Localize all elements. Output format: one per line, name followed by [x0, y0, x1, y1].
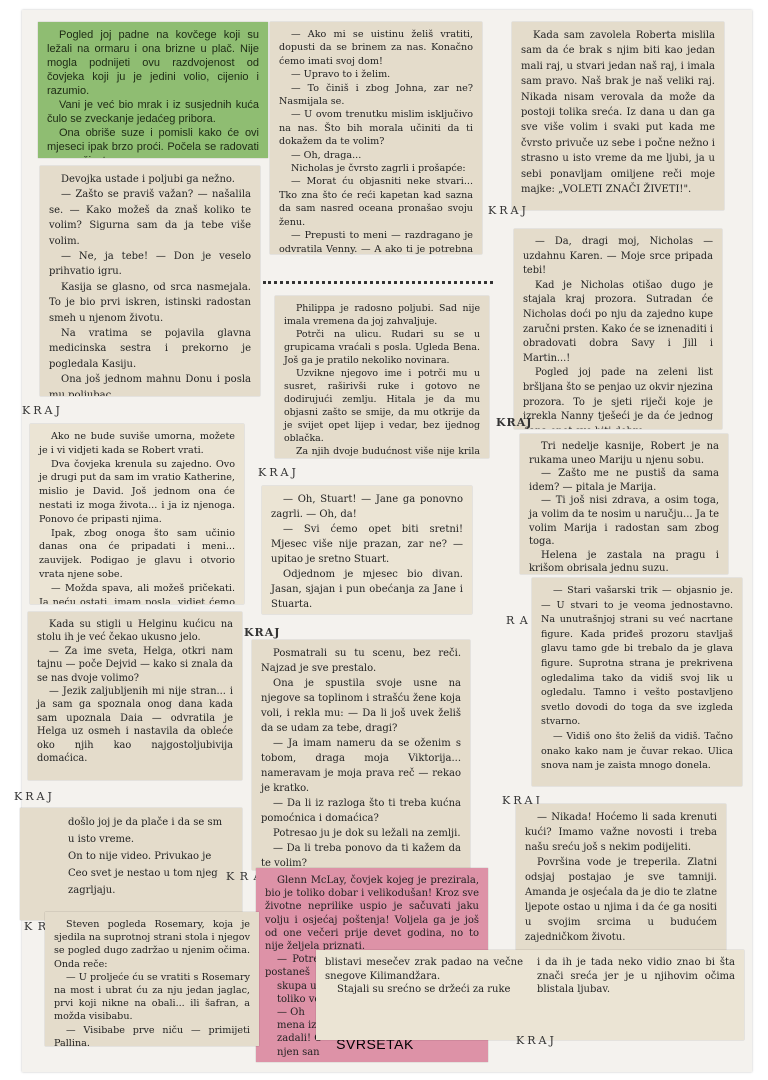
dotted-divider: [263, 281, 493, 284]
clipping-body: — Da, dragi moj, Nicholas — uzdahnu Kare…: [523, 235, 713, 429]
kraj-label: KRAJ: [244, 626, 280, 639]
paragraph: — Zašto me ne pustiš da sama idem? — pit…: [529, 467, 719, 494]
clipping-viktorija: Posmatrali su tu scenu, bez reči. Najzad…: [252, 640, 470, 870]
kraj-label: KRAJ: [14, 790, 55, 803]
paragraph: Dva čovjeka krenula su zajedno. Ovo je d…: [39, 458, 235, 527]
clipping-roberta-raj: Kada sam zavolela Roberta mislila sam da…: [512, 22, 724, 210]
paragraph: Ona obriše suze i pomisli kako će ovi mj…: [47, 126, 259, 158]
column: i da ih je tada neko vidio znao bi šta z…: [537, 956, 735, 997]
paragraph: Ona još jednom mahnu Donu i posla mu pol…: [49, 372, 251, 396]
paragraph: Stajali su srećno se držeći za ruke: [325, 983, 523, 997]
paragraph: — Da, dragi moj, Nicholas — uzdahnu Kare…: [523, 235, 713, 279]
paragraph: Na vratima se pojavila glavna medicinska…: [49, 326, 251, 372]
clipping-body: došlo joj je da plače i da se smu isto v…: [56, 814, 233, 899]
clipping-zagrljaj: došlo joj je da plače i da se smu isto v…: [20, 808, 242, 920]
paragraph: blistavi mesečev zrak padao na večne sne…: [325, 956, 523, 983]
paragraph: — U ovom trenutku mislim isključivo na n…: [279, 108, 473, 148]
paragraph: Ceo svet je nestao u tom njeg: [56, 865, 233, 882]
column: blistavi mesečev zrak padao na večne sne…: [325, 956, 523, 997]
paragraph: — Ti još nisi zdrava, a osim toga, ja vo…: [529, 494, 719, 548]
paragraph: — Nikada! Hoćemo li sada krenuti kući? I…: [525, 810, 717, 855]
paragraph: On to nije video. Privukao je: [56, 848, 233, 865]
clipping-vasarski-trik: — Stari vašarski trik — objasnio je. — U…: [532, 578, 742, 786]
paragraph: Pogled joj padne na kovčege koji su leža…: [47, 28, 259, 98]
paragraph: Posmatrali su tu scenu, bez reči. Najzad…: [261, 646, 461, 676]
clipping-katherine-david: Ako ne bude suviše umorna, možete je i v…: [30, 424, 244, 604]
paragraph: Površina vode je treperila. Zlatni odsja…: [525, 855, 717, 945]
paragraph: Glenn McLay, čovjek kojeg je prezirala, …: [265, 874, 479, 953]
clipping-body: — Oh, Stuart! — Jane ga ponovno zagrli. …: [271, 492, 463, 612]
paragraph: Vani je već bio mrak i iz susjednih kuća…: [47, 98, 259, 126]
clipping-robert-marija: Tri nedelje kasnije, Robert je na rukama…: [520, 434, 728, 574]
clipping-body: — Nikada! Hoćemo li sada krenuti kući? I…: [525, 810, 717, 945]
paragraph: — Ako mi se uistinu želiš vratiti, dopus…: [279, 28, 473, 68]
clipping-kasija-don: Devojka ustade i poljubi ga nežno.— Zašt…: [40, 166, 260, 396]
clipping-helga-dejvid: Kada su stigli u Helginu kućicu na stolu…: [28, 612, 242, 780]
clipping-body: Devojka ustade i poljubi ga nežno.— Zašt…: [49, 172, 251, 396]
paragraph: Potresao ju je dok su ležali na zemlji.: [261, 826, 461, 841]
paragraph: — Ja imam nameru da se oženim s tobom, d…: [261, 736, 461, 796]
clipping-columns: blistavi mesečev zrak padao na večne sne…: [325, 956, 735, 997]
kraj-label: KRAJ: [488, 204, 529, 217]
kr-fragment: K R: [24, 920, 47, 933]
clipping-amanda: — Nikada! Hoćemo li sada krenuti kući? I…: [516, 804, 726, 950]
paragraph: — U proljeće ću se vratiti s Rosemary na…: [54, 971, 250, 1024]
paragraph: — Oh, draga...: [279, 149, 473, 162]
clipping-body: — Stari vašarski trik — objasnio je. — U…: [541, 584, 733, 774]
paragraph: — Svi ćemo opet biti sretni! Mjesec više…: [271, 522, 463, 567]
paragraph: — Stari vašarski trik — objasnio je. — U…: [541, 584, 733, 730]
clipping-philippa-ben: Philippa je radosno poljubi. Sad nije im…: [275, 296, 489, 458]
clipping-steven-rosemary: Steven pogleda Rosemary, koja je sjedila…: [45, 912, 259, 1046]
clipping-body: Philippa je radosno poljubi. Sad nije im…: [284, 302, 480, 458]
kraj-label: KRAJ: [258, 466, 299, 479]
paragraph: Pogled joj pade na zeleni list bršljana …: [523, 366, 713, 429]
clipping-body: Steven pogleda Rosemary, koja je sjedila…: [54, 918, 250, 1046]
paragraph: Kada su stigli u Helginu kućicu na stolu…: [37, 618, 233, 645]
kraj-label: KRAJ: [496, 416, 532, 429]
clipping-jane-stuart: — Oh, Stuart! — Jane ga ponovno zagrli. …: [262, 486, 472, 614]
clipping-body: — Ako mi se uistinu želiš vratiti, dopus…: [279, 28, 473, 254]
paragraph: Uzvikne njegovo ime i potrči mu u susret…: [284, 367, 480, 445]
paragraph: — Za ime sveta, Helga, otkri nam tajnu —…: [37, 645, 233, 685]
paragraph: — Da li iz razloga što ti treba kućna po…: [261, 796, 461, 826]
paragraph: došlo joj je da plače i da se sm: [56, 814, 233, 831]
paragraph: — Možda spava, ali možeš pričekati. Ja n…: [39, 582, 235, 604]
paragraph: Odjednom je mjesec bio divan. Jasan, sja…: [271, 567, 463, 612]
paragraph: Potrči na ulicu. Rudari su se u grupicam…: [284, 328, 480, 367]
paragraph: — Jezik zaljubljenih mi nije stran... i …: [37, 685, 233, 765]
clipping-body: Kada sam zavolela Roberta mislila sam da…: [521, 28, 715, 197]
paragraph: Tri nedelje kasnije, Robert je na rukama…: [529, 440, 719, 467]
clipping-body: Ako ne bude suviše umorna, možete je i v…: [39, 430, 235, 604]
kraj-label: KRAJ: [516, 1034, 557, 1047]
clipping-kilimandzaro: blistavi mesečev zrak padao na večne sne…: [316, 950, 744, 1040]
paragraph: Kasija se glasno, od srca nasmejala. To …: [49, 280, 251, 326]
paragraph: u isto vreme.: [56, 831, 233, 848]
paragraph: — Visibabe prve niču — primijeti Pallina…: [54, 1024, 250, 1046]
paragraph: Za njih dvoje budućnost više nije krila …: [284, 445, 480, 458]
clipping-nicholas-venny: — Ako mi se uistinu želiš vratiti, dopus…: [270, 22, 482, 254]
paragraph: Ona je spustila svoje usne na njegove sa…: [261, 676, 461, 736]
clipping-body: Posmatrali su tu scenu, bez reči. Najzad…: [261, 646, 461, 870]
kraj-label: KRAJ: [22, 404, 63, 417]
paragraph: — Upravo to i želim.: [279, 68, 473, 81]
paragraph: — Zašto se praviš važan? — našalila se. …: [49, 187, 251, 249]
paragraph: — Morat ću objasniti neke stvari... Tko …: [279, 175, 473, 229]
paragraph: Devojka ustade i poljubi ga nežno.: [49, 172, 251, 187]
clipping-body: Pogled joj padne na kovčege koji su leža…: [47, 28, 259, 158]
kra-fragment: R A: [506, 614, 529, 627]
clipping-body: Kada su stigli u Helginu kućicu na stolu…: [37, 618, 233, 765]
clipping-karen-nicholas: — Da, dragi moj, Nicholas — uzdahnu Kare…: [514, 229, 722, 429]
paragraph: Helena je zastala na pragu i krišom obri…: [529, 549, 719, 574]
paragraph: Ako ne bude suviše umorna, možete je i v…: [39, 430, 235, 458]
paragraph: Steven pogleda Rosemary, koja je sjedila…: [54, 918, 250, 971]
paragraph: — Oh, Stuart! — Jane ga ponovno zagrli. …: [271, 492, 463, 522]
paragraph: Kada sam zavolela Roberta mislila sam da…: [521, 28, 715, 197]
paragraph: — Da li treba ponovo da ti kažem da te v…: [261, 841, 461, 870]
paragraph: — To činiš i zbog Johna, zar ne? Nasmija…: [279, 82, 473, 109]
paragraph: — Ne, ja tebe! — Don je veselo prihvatio…: [49, 249, 251, 280]
paragraph: zagrljaju.: [56, 882, 233, 899]
paragraph: Ipak, zbog onoga što sam učinio danas on…: [39, 527, 235, 582]
paragraph: Nicholas je čvrsto zagrli i prošapće:: [279, 162, 473, 175]
paragraph: Philippa je radosno poljubi. Sad nije im…: [284, 302, 480, 328]
paragraph: — Vidiš ono što želiš da vidiš. Tačno on…: [541, 730, 733, 774]
paragraph: — Prepusti to meni — razdragano je odvra…: [279, 229, 473, 254]
clipping-body: Tri nedelje kasnije, Robert je na rukama…: [529, 440, 719, 574]
clipping-green-ending: Pogled joj padne na kovčege koji su leža…: [38, 22, 268, 158]
paragraph: i da ih je tada neko vidio znao bi šta z…: [537, 956, 735, 997]
paragraph: Kad je Nicholas otišao dugo je stajala k…: [523, 279, 713, 367]
